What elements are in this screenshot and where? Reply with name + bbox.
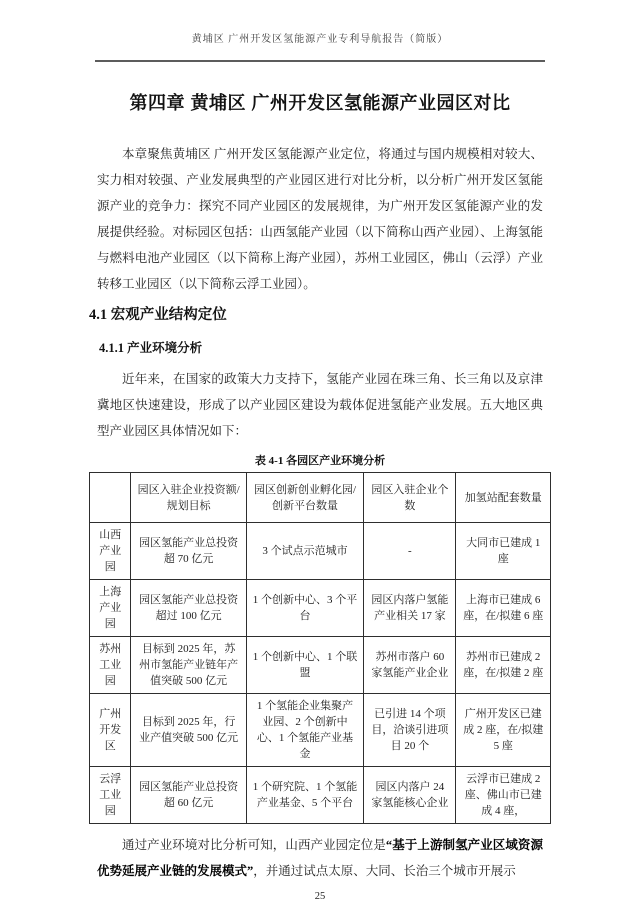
table-cell: 园区氢能产业总投资超过 100 亿元: [131, 580, 246, 637]
table-cell: 云浮市已建成 2 座、佛山市已建成 4 座，: [456, 767, 551, 824]
table-cell: 1 个氢能企业集聚产业园、2 个创新中心、1 个氢能产业基金: [246, 694, 364, 767]
table-row-suzhou: 苏州工业园 目标到 2025 年，苏州市氢能产业链年产值突破 500 亿元 1 …: [90, 637, 551, 694]
conclusion-text-post: ，并通过试点太原、大同、长治三个城市开展示: [253, 864, 516, 878]
page-header: 黄埔区 广州开发区氢能源产业专利导航报告（简版）: [89, 33, 551, 62]
page-number: 25: [89, 891, 551, 902]
table-row-yunfu: 云浮工业园 园区氢能产业总投资超 60 亿元 1 个研究院、1 个氢能产业基金、…: [90, 767, 551, 824]
row-label: 云浮工业园: [90, 767, 131, 824]
conclusion-text-pre: 通过产业环境对比分析可知，山西产业园定位是: [122, 838, 386, 852]
table-cell: 园区内落户氢能产业相关 17 家: [364, 580, 456, 637]
paragraph-environment: 近年来，在国家的政策大力支持下，氢能产业园在珠三角、长三角以及京津冀地区快速建设…: [97, 366, 543, 444]
row-label: 上海产业园: [90, 580, 131, 637]
table-caption: 表 4-1 各园区产业环境分析: [89, 452, 551, 468]
paragraph-intro: 本章聚焦黄埔区 广州开发区氢能源产业定位，将通过与国内规模相对较大、实力相对较强…: [97, 141, 543, 297]
table-header-platforms: 园区创新创业孵化园/创新平台数量: [246, 473, 364, 523]
table-cell: 广州开发区已建成 2 座，在/拟建 5 座: [456, 694, 551, 767]
table-cell: 目标到 2025 年，苏州市氢能产业链年产值突破 500 亿元: [131, 637, 246, 694]
table-cell: 苏州市落户 60 家氢能产业企业: [364, 637, 456, 694]
table-header-enterprise-count: 园区入驻企业个数: [364, 473, 456, 523]
table-cell: 1 个创新中心、3 个平台: [246, 580, 364, 637]
table-cell: 3 个试点示范城市: [246, 523, 364, 580]
table-cell: -: [364, 523, 456, 580]
row-label: 山西产业园: [90, 523, 131, 580]
park-comparison-table: 园区入驻企业投资额/规划目标 园区创新创业孵化园/创新平台数量 园区入驻企业个数…: [89, 472, 551, 824]
table-header-hydrogen-stations: 加氢站配套数量: [456, 473, 551, 523]
table-cell: 上海市已建成 6 座，在/拟建 6 座: [456, 580, 551, 637]
table-cell: 1 个创新中心、1 个联盟: [246, 637, 364, 694]
table-cell: 园区氢能产业总投资超 70 亿元: [131, 523, 246, 580]
table-cell: 苏州市已建成 2 座，在/拟建 2 座: [456, 637, 551, 694]
row-label: 广州开发区: [90, 694, 131, 767]
chapter-title: 第四章 黄埔区 广州开发区氢能源产业园区对比: [89, 89, 551, 115]
table-cell: 园区氢能产业总投资超 60 亿元: [131, 767, 246, 824]
table-cell: 1 个研究院、1 个氢能产业基金、5 个平台: [246, 767, 364, 824]
header-rule: [95, 60, 545, 62]
row-label: 苏州工业园: [90, 637, 131, 694]
paragraph-conclusion: 通过产业环境对比分析可知，山西产业园定位是“基于上游制氢产业区域资源优势延展产业…: [97, 832, 543, 884]
table-header-row: 园区入驻企业投资额/规划目标 园区创新创业孵化园/创新平台数量 园区入驻企业个数…: [90, 473, 551, 523]
table-row-shanghai: 上海产业园 园区氢能产业总投资超过 100 亿元 1 个创新中心、3 个平台 园…: [90, 580, 551, 637]
section-heading-4-1-1: 4.1.1 产业环境分析: [99, 338, 543, 356]
table-header-blank: [90, 473, 131, 523]
table-cell: 大同市已建成 1 座: [456, 523, 551, 580]
document-page: 黄埔区 广州开发区氢能源产业专利导航报告（简版） 第四章 黄埔区 广州开发区氢能…: [0, 0, 640, 905]
table-header-investment: 园区入驻企业投资额/规划目标: [131, 473, 246, 523]
section-heading-4-1: 4.1 宏观产业结构定位: [89, 303, 543, 324]
table-cell: 目标到 2025 年，行业产值突破 500 亿元: [131, 694, 246, 767]
table-row-shanxi: 山西产业园 园区氢能产业总投资超 70 亿元 3 个试点示范城市 - 大同市已建…: [90, 523, 551, 580]
table-row-guangzhou: 广州开发区 目标到 2025 年，行业产值突破 500 亿元 1 个氢能企业集聚…: [90, 694, 551, 767]
table-cell: 已引进 14 个项目，洽谈引进项目 20 个: [364, 694, 456, 767]
header-title: 黄埔区 广州开发区氢能源产业专利导航报告（简版）: [89, 33, 551, 46]
table-cell: 园区内落户 24 家氢能核心企业: [364, 767, 456, 824]
